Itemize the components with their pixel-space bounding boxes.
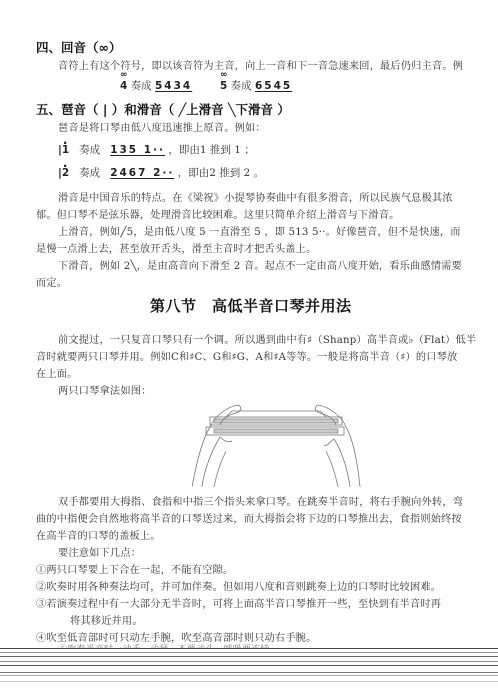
list-item-continuation: 将其移近并用。 <box>70 612 143 627</box>
scan-artifact-lines <box>0 640 498 690</box>
paragraph: 在上面。 <box>36 365 78 380</box>
text: ，即由2 推到 2 。 <box>178 167 264 179</box>
paragraph: 前文提过，一只复音口琴只有一个调。所以遇到曲中有♯（Shanp）高半音或♭（Fl… <box>58 331 476 346</box>
harmonica-grip-illustration <box>192 385 362 490</box>
paragraph: 双手都要用大拇指、食指和中指三个指头来拿口琴。在跳奏半音时，将右手腕向外转，弯 <box>58 493 463 508</box>
paragraph: 音符上有这个符号，即以该音符为主音，向上一音和下一音急速来回，最后仍归主音。例 <box>58 57 463 72</box>
section-heading-echo: 四、回音（∞） <box>36 38 121 56</box>
paragraph: 滑音是中国音乐的特点。在《梁祝》小提琴协奏曲中有很多滑音，所以民族气息极其浓 <box>58 189 453 204</box>
arpeggio-example-1: |1 奏成 135 1·· ，即由1 推到 1 ； <box>58 142 255 157</box>
note: 2 <box>62 167 69 179</box>
hands-holding-harmonicas-icon <box>192 385 362 490</box>
paragraph: 在高半音的口琴的盖板上。 <box>36 527 161 542</box>
label: 奏成 <box>131 80 152 92</box>
label: 奏成 <box>79 144 100 156</box>
section-title: 第八节 高低半音口琴并用法 <box>150 295 352 316</box>
paragraph: 下滑音，例如 2╲，是由高音向下滑至 2 音。起点不一定由高八度开始，看乐曲感情… <box>58 257 462 272</box>
paragraph: 是慢一点滑上去，甚至放开舌头，滑至主音时才把舌头盖上。 <box>36 240 316 255</box>
paragraph: 郁。但口琴不是弦乐器，处理滑音比较困难。这里只简单介绍上滑音与下滑音。 <box>36 206 400 221</box>
notation: 5434 <box>155 80 192 92</box>
paragraph: 两只口琴拿法如图： <box>58 382 152 397</box>
list-item: ③若演奏过程中有一大部分无半音时，可将上面高半音口琴推开一些，至快到有半音时再 <box>36 595 441 610</box>
paragraph: 要注意如下几点： <box>58 544 141 559</box>
note: 1 <box>62 144 69 156</box>
list-item: ①两只口琴要上下合在一起，不能有空隙。 <box>36 561 233 576</box>
paragraph: 琶音是将口琴由低八度迅速推上原音。例如： <box>58 119 266 134</box>
paragraph: 曲的中指便会自然地将高半音的口琴送过来，而大拇指会将下边的口琴推出去，食指则始终… <box>36 510 462 525</box>
list-item: ②吹奏时用各种奏法均可，并可加伴奏。但如用八度和音则跳奏上边的口琴时比较困难。 <box>36 578 441 593</box>
label: 奏成 <box>231 80 252 92</box>
section-heading-arpeggio-glide: 五、琶音（ | ）和滑音（ ╱上滑音 ╲下滑音 ） <box>36 100 290 118</box>
notation: 2467 2·· <box>110 167 174 179</box>
echo-example-2: 5 奏成 6545 <box>220 78 292 93</box>
turn-symbol-note: 4 <box>120 80 127 92</box>
notation: 6545 <box>255 80 292 92</box>
turn-symbol-note: 5 <box>220 80 227 92</box>
echo-example-1: 4 奏成 5434 <box>120 78 192 93</box>
label: 奏成 <box>79 167 100 179</box>
paragraph: 音时就要两只口琴并用。例如C和♯C、G和♯G、A和♯A等等。一般是将高半音（♯）… <box>36 348 457 363</box>
notation: 135 1·· <box>110 144 165 156</box>
paragraph: 而定。 <box>36 274 67 289</box>
arpeggio-example-2: |2 奏成 2467 2·· ，即由2 推到 2 。 <box>58 165 264 180</box>
paragraph: 上滑音，例如╱5，是由低八度 5 一直滑至 5 ，即 513 5··。好像琶音，… <box>58 223 461 238</box>
text: ，即由1 推到 1 ； <box>168 144 254 156</box>
